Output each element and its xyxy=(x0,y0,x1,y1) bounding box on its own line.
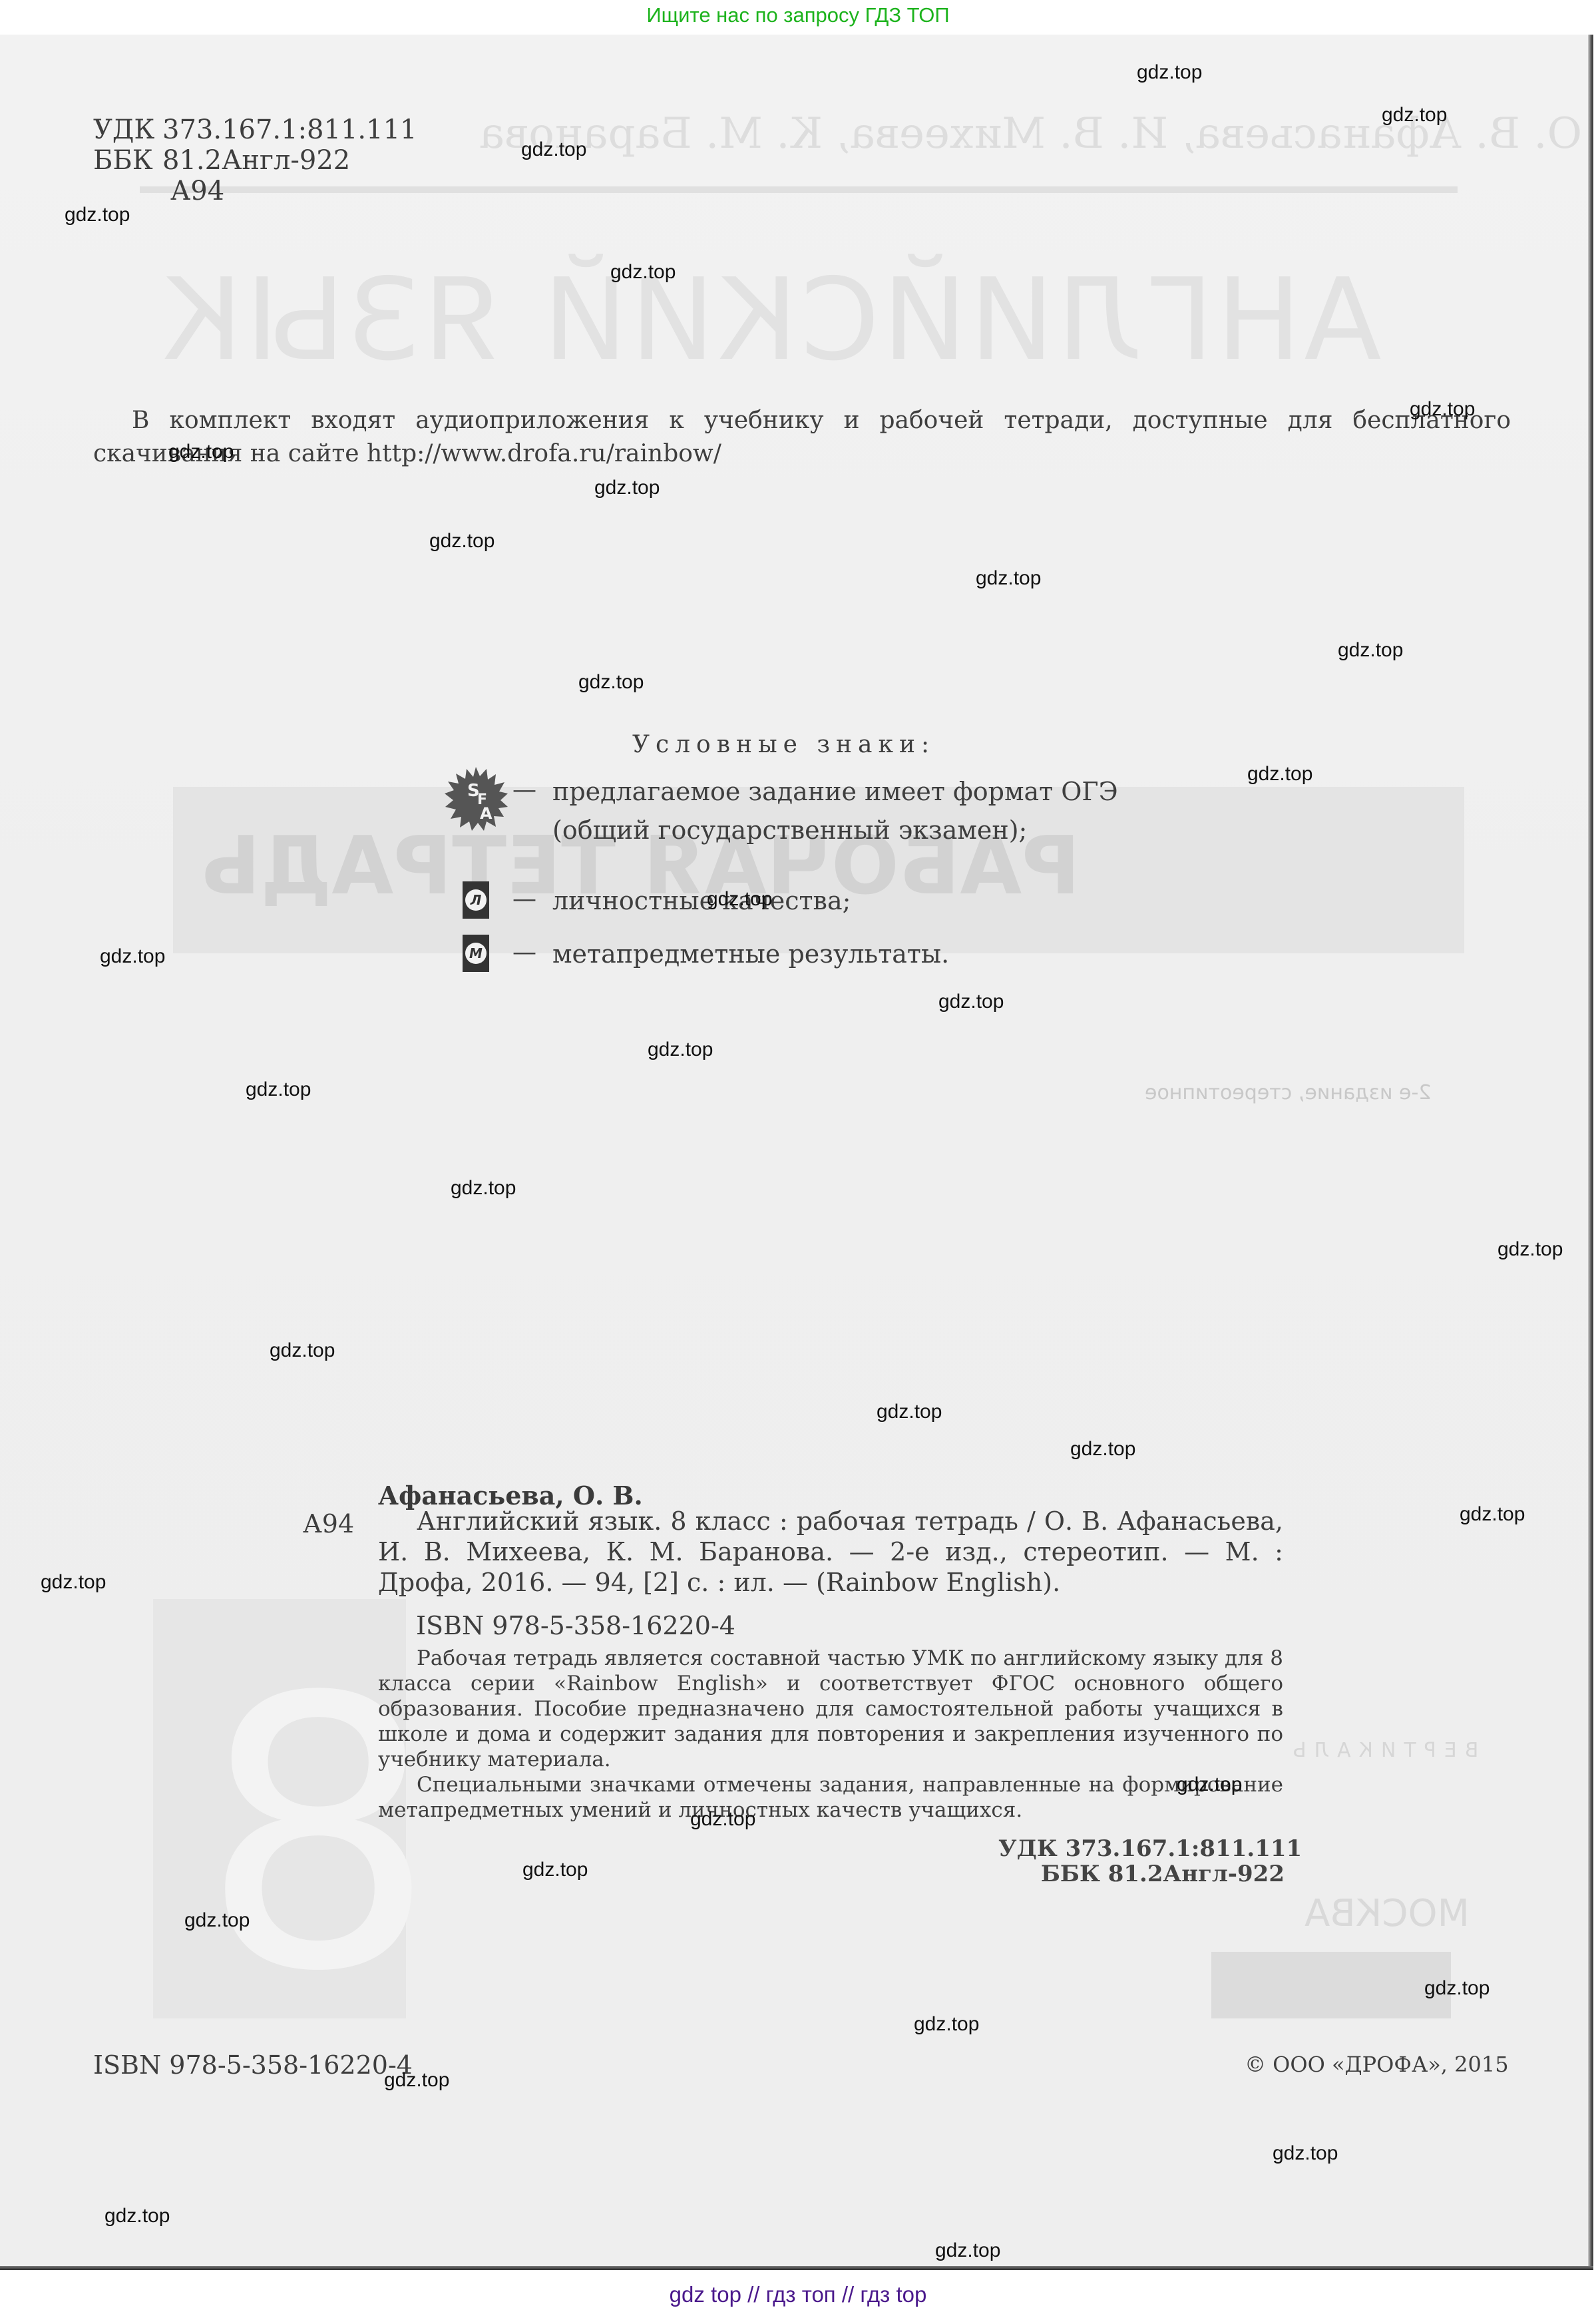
watermark: gdz.top xyxy=(594,477,660,499)
watermark: gdz.top xyxy=(451,1177,516,1200)
ghost-publisher-logo xyxy=(1211,1952,1451,2018)
watermark: gdz.top xyxy=(1424,1977,1490,2000)
watermark: gdz.top xyxy=(976,567,1041,590)
watermark: gdz.top xyxy=(1338,639,1403,662)
watermark: gdz.top xyxy=(1497,1238,1563,1261)
bottom-banner[interactable]: gdz top // гдз топ // гдз top xyxy=(0,2275,1596,2314)
bbk-value: 81.2Англ-922 xyxy=(162,145,350,176)
biblio-isbn: ISBN 978-5-358-16220-4 xyxy=(416,1611,735,1640)
watermark: gdz.top xyxy=(168,441,234,463)
watermark: gdz.top xyxy=(707,888,772,911)
legend-dash: — xyxy=(512,772,552,808)
udk-value: 373.167.1:811.111 xyxy=(162,115,417,145)
audio-note: В комплект входят аудиоприложения к учеб… xyxy=(93,404,1511,471)
l-square-icon: Л xyxy=(463,881,489,919)
watermark: gdz.top xyxy=(1460,1503,1525,1526)
watermark: gdz.top xyxy=(914,2013,979,2036)
page-edge-bottom xyxy=(0,2266,1593,2270)
sfa-starburst-icon: S F A xyxy=(443,766,509,832)
watermark: gdz.top xyxy=(384,2069,449,2092)
watermark: gdz.top xyxy=(104,2205,170,2227)
annotation: Рабочая тетрадь является составной часть… xyxy=(378,1646,1283,1823)
watermark: gdz.top xyxy=(1382,104,1447,126)
m-square-icon: М xyxy=(463,935,489,972)
top-banner[interactable]: Ищите нас по запросу ГДЗ ТОП xyxy=(0,0,1596,33)
watermark: gdz.top xyxy=(65,204,130,226)
scanned-page: О. В. Афанасьева, И. В. Михеева, К. М. Б… xyxy=(0,35,1593,2270)
ghost-title: АНГЛИЙСКИЙ ЯЗЫК xyxy=(160,254,1382,386)
legend-text: предлагаемое задание имеет формат ОГЭ xyxy=(552,772,1118,811)
watermark: gdz.top xyxy=(648,1039,713,1061)
ghost-edition: 2-е издание, стереотипное xyxy=(1145,1081,1431,1104)
watermark: gdz.top xyxy=(1070,1438,1135,1461)
legend-dash: — xyxy=(512,881,552,917)
watermark: gdz.top xyxy=(578,671,644,694)
biblio-code: А94 xyxy=(303,1509,354,1538)
footer-codes: УДК 373.167.1:811.111 ББК 81.2Англ-922 xyxy=(998,1836,1285,1887)
watermark: gdz.top xyxy=(690,1808,755,1831)
bbk-label: ББК xyxy=(93,145,162,176)
annotation-paragraph: Специальными значками отмечены задания, … xyxy=(378,1772,1283,1823)
ghost-city: МОСКВА xyxy=(1304,1892,1470,1935)
legend-dash: — xyxy=(512,935,552,971)
watermark: gdz.top xyxy=(610,261,676,284)
udk-label: УДК xyxy=(93,115,162,145)
watermark: gdz.top xyxy=(1137,61,1202,84)
annotation-paragraph: Рабочая тетрадь является составной часть… xyxy=(378,1646,1283,1772)
author-mark: А94 xyxy=(93,176,417,206)
watermark: gdz.top xyxy=(1410,398,1475,421)
legend-heading: Условные знаки: xyxy=(632,731,935,758)
watermark: gdz.top xyxy=(429,530,495,553)
header-codes: УДК373.167.1:811.111 ББК81.2Англ-922 А94 xyxy=(93,115,417,206)
watermark: gdz.top xyxy=(246,1078,311,1101)
svg-text:A: A xyxy=(480,804,493,823)
footer-udk: УДК 373.167.1:811.111 xyxy=(998,1836,1285,1861)
biblio-description: Английский язык. 8 класс : рабочая тетра… xyxy=(378,1506,1283,1598)
ghost-publisher: ВЕРТИКАЛЬ xyxy=(1285,1739,1478,1762)
watermark: gdz.top xyxy=(1273,2142,1338,2165)
footer-bbk: ББК 81.2Англ-922 xyxy=(998,1861,1285,1887)
watermark: gdz.top xyxy=(877,1401,942,1423)
watermark: gdz.top xyxy=(1177,1773,1242,1796)
legend-text: метапредметные результаты. xyxy=(552,935,949,973)
legend-item-sfa: S F A — предлагаемое задание имеет форма… xyxy=(439,772,1118,849)
watermark: gdz.top xyxy=(938,991,1004,1013)
watermark: gdz.top xyxy=(1247,763,1312,786)
watermark: gdz.top xyxy=(521,138,586,161)
legend-item-m: М — метапредметные результаты. xyxy=(439,935,949,973)
watermark: gdz.top xyxy=(100,945,165,968)
watermark: gdz.top xyxy=(270,1339,335,1362)
legend-text: (общий государственный экзамен); xyxy=(552,811,1118,849)
watermark: gdz.top xyxy=(41,1571,106,1594)
legend-item-l: Л — личностные качества; xyxy=(439,881,851,920)
watermark: gdz.top xyxy=(935,2239,1000,2262)
isbn-bottom: ISBN 978-5-358-16220-4 xyxy=(93,2050,413,2080)
watermark: gdz.top xyxy=(184,1909,250,1932)
page-edge-right xyxy=(1588,35,1593,2270)
legend-text: личностные качества; xyxy=(552,881,851,920)
watermark: gdz.top xyxy=(522,1859,588,1881)
copyright: © ООО «ДРОФА», 2015 xyxy=(1245,2052,1509,2077)
